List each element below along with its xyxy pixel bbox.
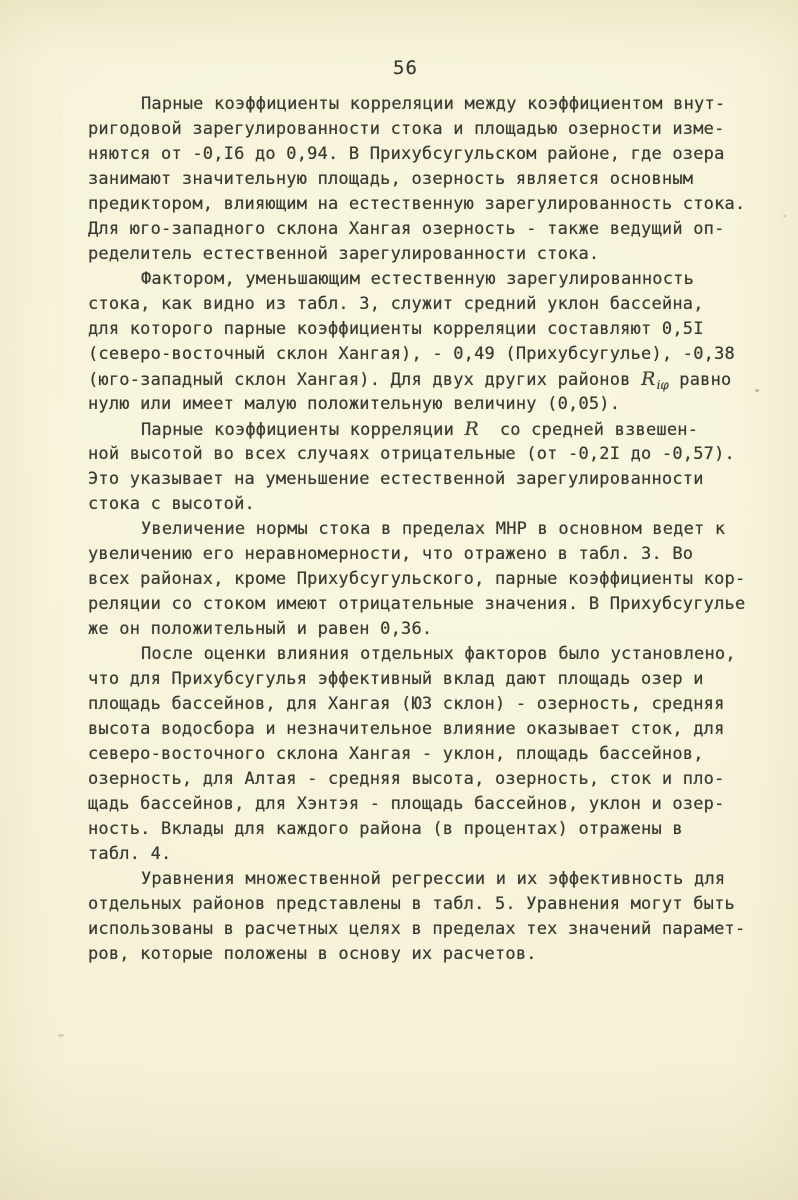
text-line: (северо-восточный склон Хангая), - 0,49 …	[88, 342, 768, 367]
text-line: няются от -0,I6 до 0,94. В Прихубсугульс…	[88, 142, 768, 167]
text-line: для которого парные коэффициенты корреля…	[88, 317, 768, 342]
text-line: Увеличение нормы стока в пределах МНР в …	[88, 517, 768, 542]
paper-speck	[58, 1034, 64, 1037]
text-line: озерность, для Алтая - средняя высота, о…	[88, 767, 768, 792]
text-line: ригодовой зарегулированности стока и пло…	[88, 117, 768, 142]
paragraph: Увеличение нормы стока в пределах МНР в …	[88, 517, 768, 642]
paragraph: Уравнения множественной регрессии и их э…	[88, 867, 768, 967]
paragraph: После оценки влияния отдельных факторов …	[88, 642, 768, 867]
text-line: стока, как видно из табл. 3, служит сред…	[88, 292, 768, 317]
text-line: щадь бассейнов, для Хэнтэя - площадь бас…	[88, 792, 768, 817]
text-line: Фактором, уменьшающим естественную зарег…	[88, 267, 768, 292]
text-line: что для Прихубсугулья эффективный вклад …	[88, 667, 768, 692]
text-line: Парные коэффициенты корреляции R со сред…	[88, 417, 768, 442]
handwritten-formula: Riφ	[641, 368, 669, 390]
text-line: стока с высотой.	[88, 492, 768, 517]
paper-speck	[755, 389, 759, 392]
text-line: табл. 4.	[88, 842, 768, 867]
page-number: 56	[393, 57, 418, 79]
text-line: же он положительный и равен 0,36.	[88, 617, 768, 642]
text-line: Для юго-западного склона Хангая озерност…	[88, 217, 768, 242]
paper-speck	[783, 215, 786, 217]
paragraph: Фактором, уменьшающим естественную зарег…	[88, 267, 768, 417]
text-line: (юго-западный склон Хангая). Для двух др…	[88, 367, 768, 392]
text-line: Парные коэффициенты корреляции между коэ…	[88, 92, 768, 117]
text-line: ность. Вклады для каждого района (в проц…	[88, 817, 768, 842]
text-line: После оценки влияния отдельных факторов …	[88, 642, 768, 667]
text-line: площадь бассейнов, для Хангая (ЮЗ склон)…	[88, 692, 768, 717]
paragraph: Парные коэффициенты корреляции между коэ…	[88, 92, 768, 267]
text-line: Это указывает на уменьшение естественной…	[88, 467, 768, 492]
text-line: предиктором, влияющим на естественную за…	[88, 192, 768, 217]
text-line: ределитель естественной зарегулированнос…	[88, 242, 768, 267]
scanned-page: 56 Парные коэффициенты корреляции между …	[0, 0, 798, 1200]
handwritten-formula: R	[464, 418, 479, 440]
text-line: всех районах, кроме Прихубсугульского, п…	[88, 567, 768, 592]
text-line: высота водосбора и незначительное влияни…	[88, 717, 768, 742]
text-line: увеличению его неравномерности, что отра…	[88, 542, 768, 567]
text-line: ной высотой во всех случаях отрицательны…	[88, 442, 768, 467]
text-block: Парные коэффициенты корреляции между коэ…	[88, 92, 768, 967]
text-line: занимают значительную площадь, озерность…	[88, 167, 768, 192]
text-line: Уравнения множественной регрессии и их э…	[88, 867, 768, 892]
text-line: ров, которые положены в основу их расчет…	[88, 942, 768, 967]
text-line: нулю или имеет малую положительную велич…	[88, 392, 768, 417]
text-line: использованы в расчетных целях в предела…	[88, 917, 768, 942]
text-line: реляции со стоком имеют отрицательные зн…	[88, 592, 768, 617]
text-line: северо-восточного склона Хангая - уклон,…	[88, 742, 768, 767]
paragraph: Парные коэффициенты корреляции R со сред…	[88, 417, 768, 517]
text-line: отдельных районов представлены в табл. 5…	[88, 892, 768, 917]
